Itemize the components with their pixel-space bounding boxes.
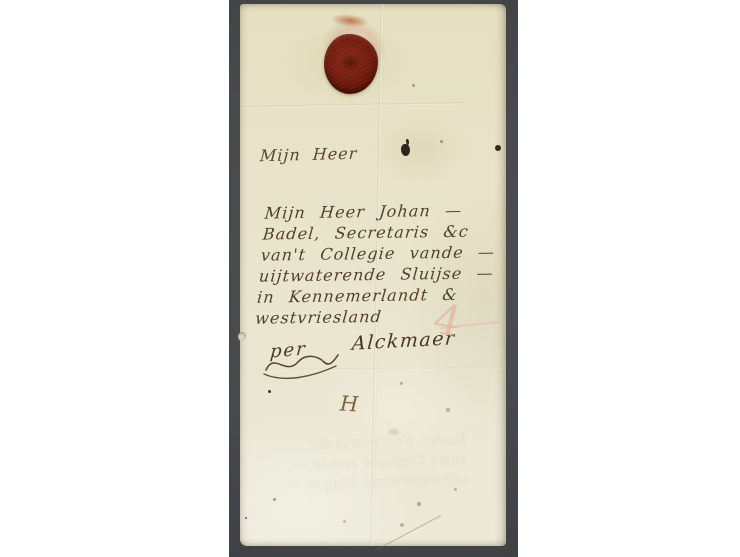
- ink-blot: [401, 144, 410, 156]
- foxing-spot: [400, 523, 404, 527]
- address-line: uijtwaterende Sluijse —: [258, 262, 495, 286]
- pen-flourish-icon: [260, 348, 344, 380]
- foxing-spot: [400, 382, 403, 385]
- ink-dot: [495, 145, 501, 151]
- foxing-spot: [417, 502, 421, 506]
- foxing-spot: [440, 140, 443, 143]
- foxing-spot: [343, 520, 346, 523]
- sorting-mark-text: H: [339, 392, 359, 417]
- foxing-spot: [273, 498, 276, 501]
- horizontal-fold-crease-top: [240, 102, 465, 108]
- paper-edge-hole: [238, 332, 246, 341]
- ink-show-through: Badel, Secretaris &c van't Collegie vand…: [285, 429, 468, 495]
- foxing-spot: [446, 408, 450, 412]
- paper-scratch: [377, 515, 441, 550]
- foxing-spot: [245, 517, 247, 519]
- wax-seal: [324, 34, 378, 94]
- letter-paper: Mijn Heer Mijn Heer Johan — Badel, Secre…: [240, 4, 506, 546]
- foxing-spot: [412, 84, 415, 87]
- foxing-spot: [268, 390, 271, 393]
- photo-background: Mijn Heer Mijn Heer Johan — Badel, Secre…: [0, 0, 740, 557]
- salutation-text: Mijn Heer: [259, 144, 358, 166]
